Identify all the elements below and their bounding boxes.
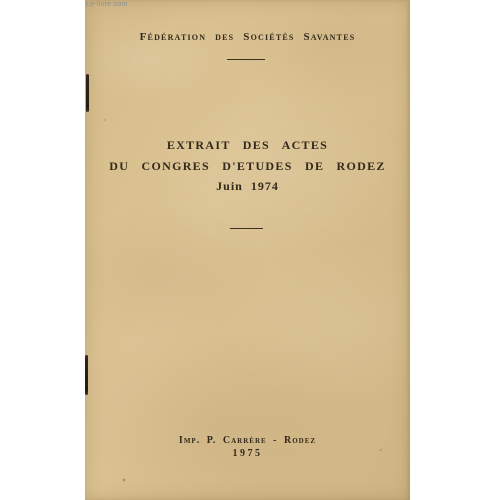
bookseller-watermark: Le-livre.com (86, 1, 128, 8)
book-cover: Fédération des Sociétés Savantes EXTRAIT… (85, 0, 410, 500)
imprint-year: 1975 (85, 448, 410, 459)
divider-rule-top (227, 59, 265, 60)
publisher-name: Fédération des Sociétés Savantes (85, 31, 410, 43)
title-line-1: EXTRAIT DES ACTES (85, 138, 410, 153)
printer-imprint: Imp. P. Carrère - Rodez (85, 435, 410, 446)
divider-rule-middle (230, 228, 263, 229)
scanned-photo-canvas: Le-livre.com Fédération des Sociétés Sav… (0, 0, 500, 500)
staple-mark-bottom (85, 355, 88, 395)
staple-mark-top (86, 74, 89, 112)
title-date: Juin 1974 (85, 179, 410, 194)
title-line-2: DU CONGRES D'ETUDES DE RODEZ (85, 159, 410, 174)
